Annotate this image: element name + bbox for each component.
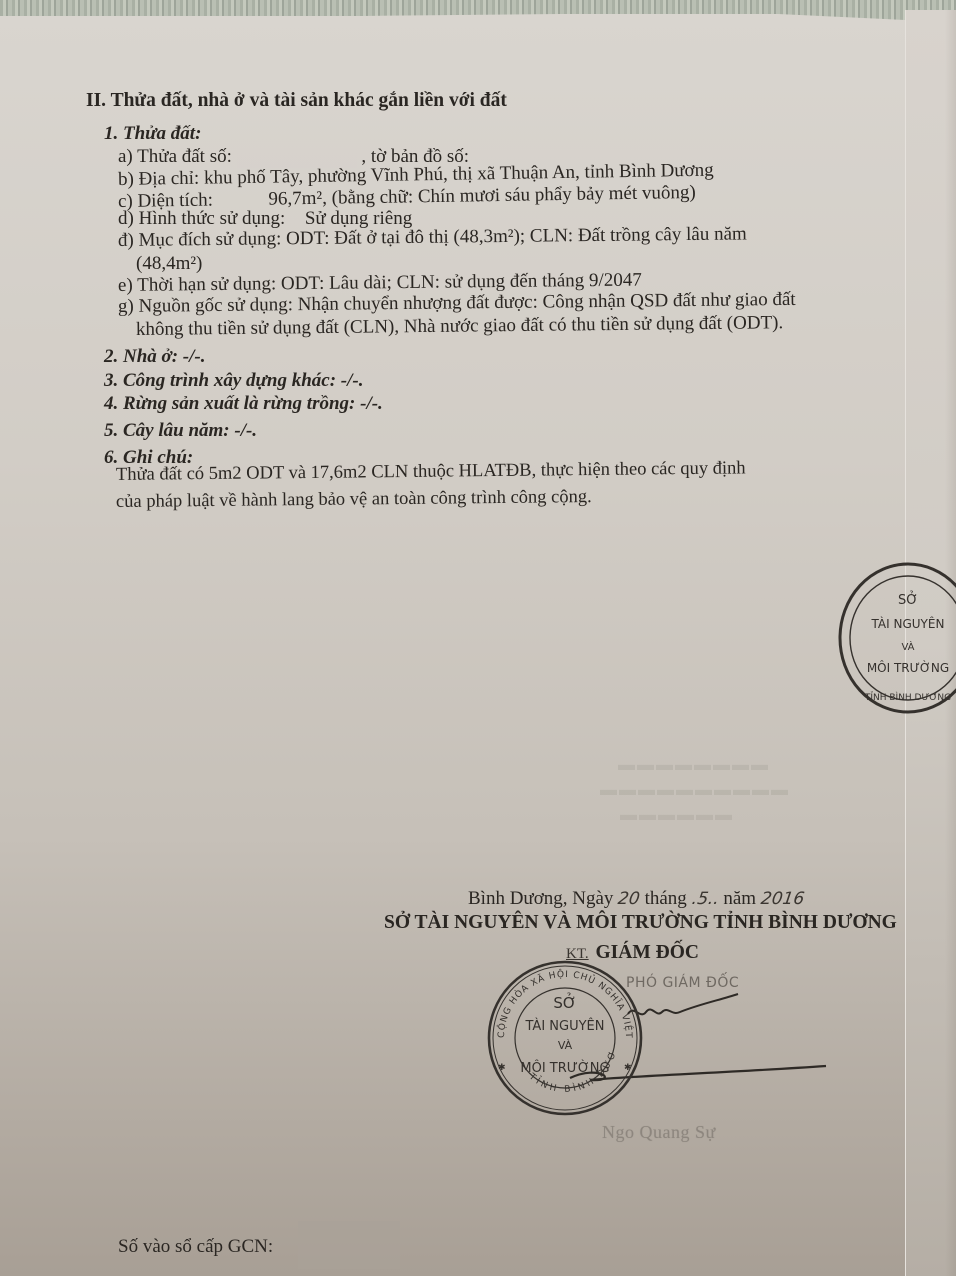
usage-form-value: Sử dụng riêng [305,208,412,229]
notes-line-1: Thửa đất có 5m2 ODT và 17,6m2 CLN thuộc … [116,457,746,486]
signer-name: Ngo Quang Sự [602,1122,716,1143]
perennial-trees-row: 5. Cây lâu năm: -/-. [104,420,257,442]
stamp-line1: SỞ [553,992,576,1012]
stamp-line4: MÔI TRƯỜNG [520,1060,609,1076]
official-stamp: CỘNG HÒA XÃ HỘI CHỦ NGHĨA VIỆT NAM TỈNH … [484,958,646,1118]
house-row: 2. Nhà ở: -/-. [104,346,206,368]
usage-purpose-row-cont: (48,4m²) [136,253,202,275]
stamp-line2: TÀI NGUYÊN [525,1018,605,1034]
year-label: năm [723,888,756,909]
plot-number-label: a) Thửa đất số: [118,146,232,167]
stamp-right-line3: VÀ [901,640,914,653]
other-construction-row: 3. Công trình xây dựng khác: -/-. [104,370,363,392]
usage-form-label: d) Hình thức sử dụng: [118,208,285,229]
place-date-row: Bình Dương, Ngày 20 tháng .5.. năm 2016 [468,888,804,910]
production-forest-row: 4. Rừng sản xuất là rừng trồng: -/-. [104,393,383,415]
date-year: 2016 [759,888,805,910]
stamp-right-line2: TÀI NGUYÊN [871,616,945,631]
stamp-star-icon: ✱ [498,1063,506,1073]
stamp-line3: VÀ [558,1039,573,1052]
bleed-through-texture: ▬▬▬▬▬▬▬▬ [618,755,770,775]
registry-value [298,1221,400,1269]
land-heading: 1. Thửa đất: [104,123,201,145]
section-title: II. Thửa đất, nhà ở và tài sản khác gắn … [86,90,507,112]
bleed-through-texture: ▬▬▬▬▬▬ [620,805,734,825]
stamp-right-line1: SỞ [898,591,918,608]
bleed-through-texture: ▬▬▬▬▬▬▬▬▬▬ [600,780,790,800]
notes-line-2: của pháp luật về hành lang bảo vệ an toà… [116,486,592,513]
official-stamp-right: SỞ TÀI NGUYÊN VÀ MÔI TRƯỜNG TỈNH BÌNH DƯ… [832,560,956,720]
issuing-agency: SỞ TÀI NGUYÊN VÀ MÔI TRƯỜNG TỈNH BÌNH DƯ… [384,912,897,934]
date-day: 20 [617,888,642,910]
stamp-star-icon: ✱ [624,1063,632,1073]
place-date-prefix: Bình Dương, Ngày [468,888,613,909]
document-content: II. Thửa đất, nhà ở và tài sản khác gắn … [0,0,956,1276]
month-label: tháng [645,888,687,909]
registry-label: Số vào sổ cấp GCN: [118,1236,273,1258]
stamp-right-bottom-text: TỈNH BÌNH DƯƠNG [864,691,951,703]
date-month: .5.. [690,888,720,910]
stamp-right-line4: MÔI TRƯỜNG [867,660,949,675]
